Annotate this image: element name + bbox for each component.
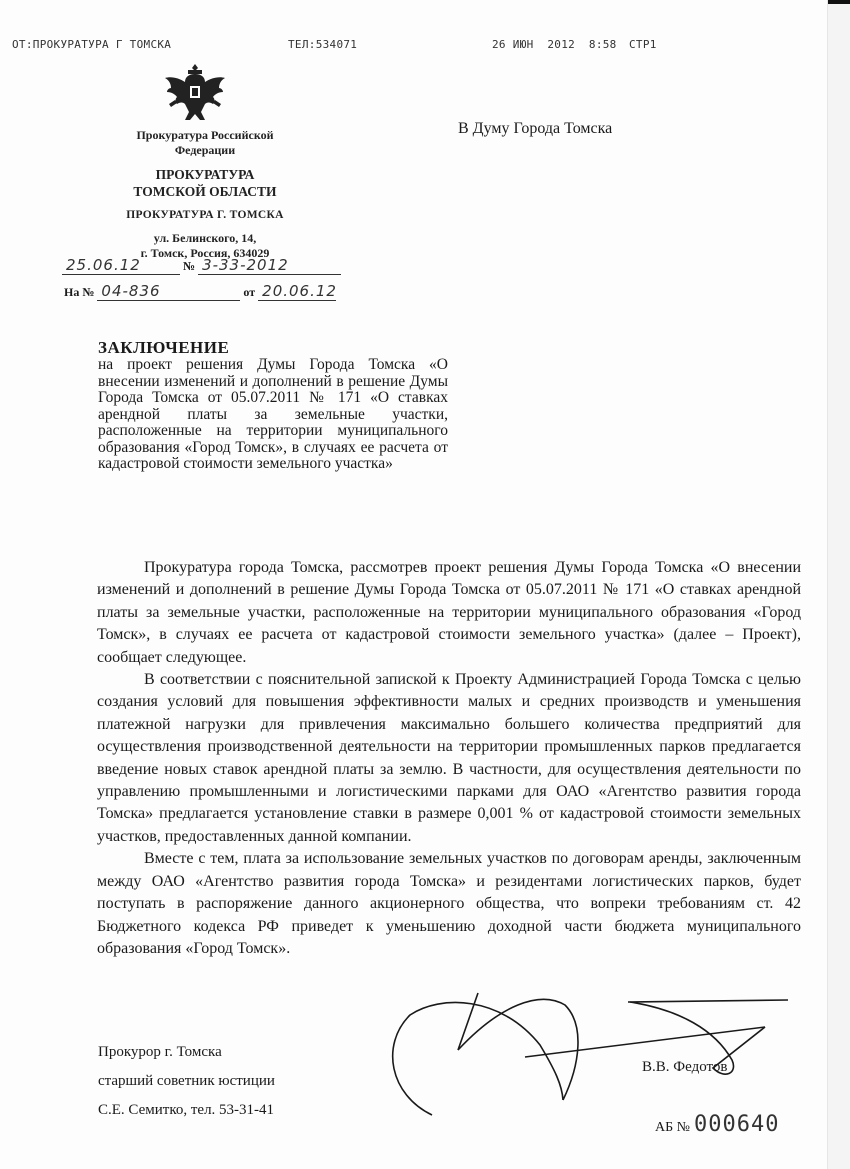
scan-edge — [827, 0, 850, 1169]
signer-position-line2: старший советник юстиции — [98, 1067, 275, 1096]
executor-contact: С.Е. Семитко, тел. 53-31-41 — [98, 1096, 275, 1125]
handwritten-signature-icon — [380, 985, 800, 1125]
fax-from: ОТ:ПРОКУРАТУРА Г ТОМСКА — [12, 38, 171, 51]
form-serial: АБ № 000640 — [655, 1112, 780, 1137]
serial-label: АБ № — [655, 1120, 690, 1135]
fax-phone: ТЕЛ:534071 — [288, 38, 357, 51]
outgoing-date: 25.06.12 — [62, 256, 180, 275]
org-name-line3: ПРОКУРАТУРА — [95, 166, 315, 183]
outgoing-ref: 25.06.12 № 3-33-2012 — [62, 256, 341, 275]
body-paragraph-2: В соответствии с пояснительной запиской … — [97, 669, 801, 848]
fax-page: СТР1 — [629, 38, 657, 51]
number-label: № — [183, 259, 195, 273]
org-name-line1: Прокуратура Российской — [95, 128, 315, 143]
reply-from-label: от — [243, 285, 255, 299]
signer-position-line1: Прокурор г. Томска — [98, 1038, 275, 1067]
document-subject: на проект решения Думы Города Томска «О … — [98, 357, 448, 473]
body-paragraph-3: Вместе с тем, плата за использование зем… — [97, 848, 801, 960]
document-title: ЗАКЛЮЧЕНИЕ — [98, 338, 229, 358]
document-page: ОТ:ПРОКУРАТУРА Г ТОМСКА ТЕЛ:534071 26 ИЮ… — [0, 0, 850, 1169]
scan-edge-mark — [828, 0, 850, 4]
serial-number: 000640 — [694, 1112, 779, 1137]
signature-block: Прокурор г. Томска старший советник юсти… — [98, 1038, 275, 1125]
reply-label: На № — [64, 285, 94, 299]
reply-date: 20.06.12 — [258, 282, 336, 301]
fax-date: 26 ИЮН 2012 8:58 — [492, 38, 617, 51]
recipient: В Думу Города Томска — [458, 120, 612, 138]
org-name-line2: Федерации — [95, 143, 315, 158]
address-line1: ул. Белинского, 14, — [95, 231, 315, 246]
outgoing-number: 3-33-2012 — [198, 256, 341, 275]
reply-number: 04-836 — [97, 282, 240, 301]
org-name-line4: ТОМСКОЙ ОБЛАСТИ — [95, 183, 315, 200]
document-body: Прокуратура города Томска, рассмотрев пр… — [97, 557, 801, 960]
coat-of-arms-icon — [155, 60, 235, 124]
body-paragraph-1: Прокуратура города Томска, рассмотрев пр… — [97, 557, 801, 669]
signer-name: В.В. Федотов — [642, 1059, 727, 1076]
org-name-line5: ПРОКУРАТУРА Г. ТОМСКА — [95, 209, 315, 221]
letterhead: Прокуратура Российской Федерации ПРОКУРА… — [95, 128, 315, 261]
reply-ref: На № 04-836 от 20.06.12 — [64, 282, 336, 301]
